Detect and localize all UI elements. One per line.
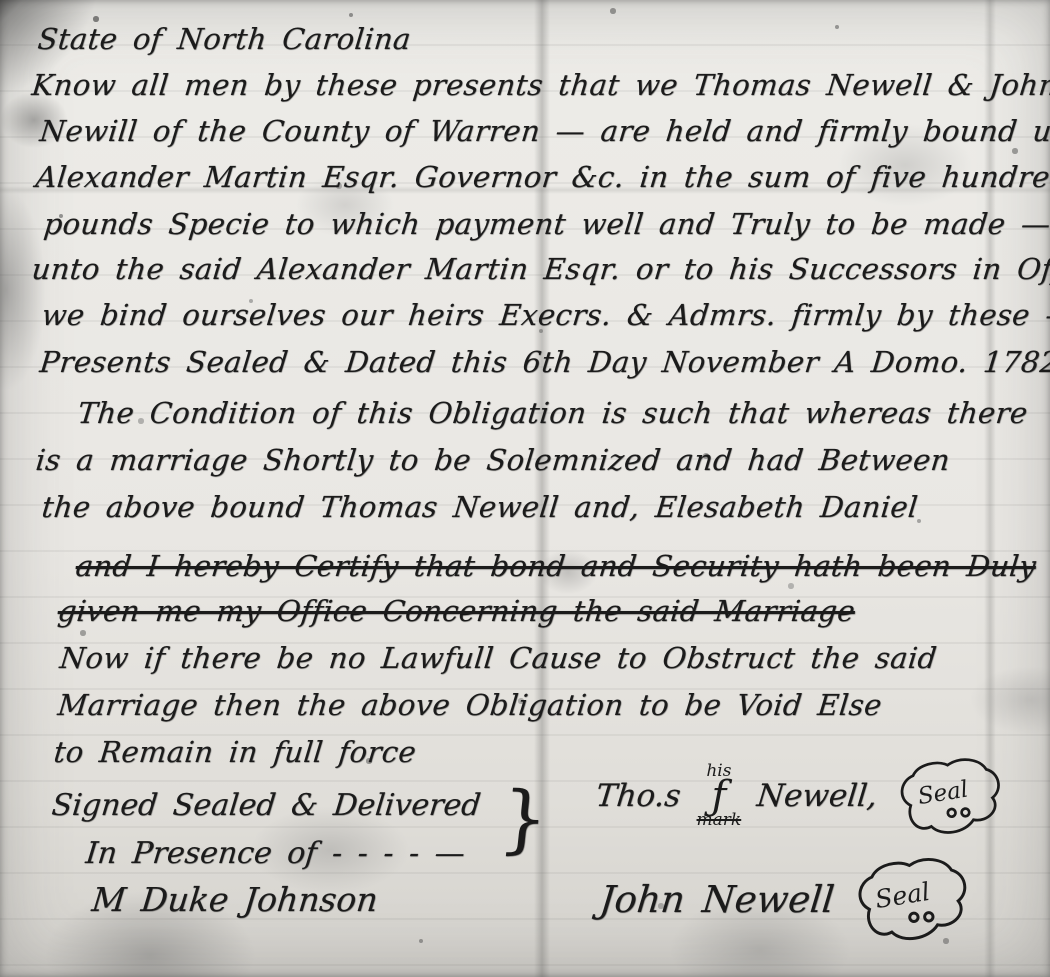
document-line: Know all men by these presents that we T… — [30, 68, 1050, 103]
document-line: Alexander Martin Esqr. Governor &c. in t… — [34, 160, 1050, 195]
document-line-struck-out: given me my Office Concerning the said M… — [56, 594, 857, 629]
signature-surname: Newell, — [755, 778, 879, 814]
document-line: we bind ourselves our heirs Execrs. & Ad… — [40, 298, 1050, 333]
manuscript-page: State of North Carolina Know all men by … — [0, 0, 1050, 977]
attestation-line: Signed Sealed & Delivered — [50, 788, 482, 823]
his-mark: his ƒ mark — [697, 763, 742, 829]
witness-signature: M Duke Johnson — [90, 880, 380, 919]
seal-icon: Seal — [842, 847, 980, 952]
document-line: to Remain in full force — [52, 735, 418, 770]
attestation-brace: } — [496, 776, 552, 862]
document-line: The Condition of this Obligation is such… — [76, 396, 1029, 431]
document-line: Now if there be no Lawfull Cause to Obst… — [58, 641, 939, 676]
seal-label: Seal — [873, 877, 932, 914]
document-line: Presents Sealed & Dated this 6th Day Nov… — [38, 345, 1050, 380]
document-line: State of North Carolina — [36, 22, 413, 57]
attestation-line: In Presence of - - - - — — [84, 836, 467, 871]
signature-prefix: Tho.s — [594, 778, 682, 814]
document-line: pounds Specie to which payment well and … — [42, 207, 1050, 242]
document-line: is a marriage Shortly to be Solemnized a… — [34, 443, 952, 478]
seal-icon: Seal — [886, 747, 1013, 844]
signature-john-newell: John Newell Seal — [600, 856, 974, 942]
document-line-struck-out: and I hereby Certify that bond and Secur… — [74, 549, 1038, 584]
signature-thomas-newell: Tho.s his ƒ mark Newell, Seal — [596, 756, 1007, 836]
document-line: the above bound Thomas Newell and, Elesa… — [40, 490, 920, 525]
document-line: unto the said Alexander Martin Esqr. or … — [30, 252, 1050, 287]
document-line: Newill of the County of Warren — are hel… — [38, 114, 1050, 149]
signature-name: John Newell — [598, 878, 837, 921]
ink-specks — [0, 0, 2, 2]
mark-label: mark — [697, 812, 742, 829]
seal-label: Seal — [916, 777, 970, 811]
document-line: Marriage then the above Obligation to be… — [56, 688, 884, 723]
